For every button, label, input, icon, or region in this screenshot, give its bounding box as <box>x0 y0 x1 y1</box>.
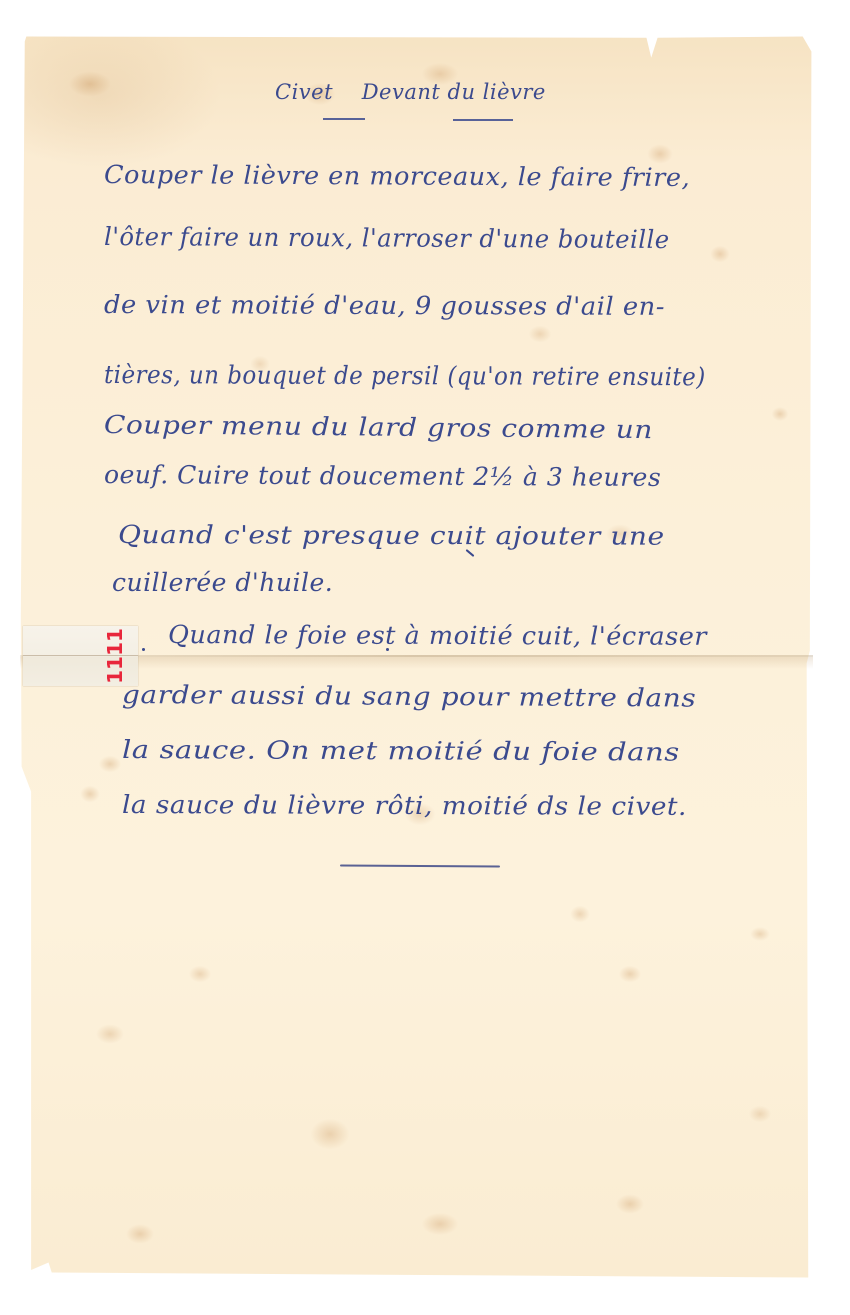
recipe-title: Civet Devant du lièvre <box>275 80 546 104</box>
recipe-line-3: de vin et moitié d'eau, 9 gousses d'ail … <box>104 290 665 321</box>
title-subtitle: Devant du lièvre <box>362 80 546 104</box>
recipe-line-5: Couper menu du lard gros comme un <box>104 410 653 444</box>
title-word-civet: Civet <box>275 80 333 104</box>
archive-tag: 11 11 <box>23 626 138 686</box>
tag-number-bottom: 11 <box>104 655 126 685</box>
ink-dot <box>386 648 389 651</box>
title-underline-right <box>453 119 513 121</box>
recipe-line-9: Quand le foie est à moitié cuit, l'écras… <box>168 620 707 651</box>
title-underline-left <box>323 118 365 120</box>
recipe-line-4: tières, un bouquet de persil (qu'on reti… <box>104 360 706 391</box>
recipe-line-1: Couper le lièvre en morceaux, le faire f… <box>104 160 690 192</box>
fold-shadow <box>20 657 813 669</box>
recipe-line-2: l'ôter faire un roux, l'arroser d'une bo… <box>104 222 670 254</box>
recipe-line-6: oeuf. Cuire tout doucement 2½ à 3 heures <box>104 460 661 492</box>
recipe-line-7: Quand c'est presque cuit ajouter une <box>118 520 665 551</box>
recipe-line-10: garder aussi du sang pour mettre dans <box>122 680 696 713</box>
recipe-line-11: la sauce. On met moitié du foie dans <box>122 735 680 767</box>
ink-dot <box>142 648 145 651</box>
tag-number-top: 11 <box>104 627 126 657</box>
recipe-line-12: la sauce du lièvre rôti, moitié ds le ci… <box>122 790 687 821</box>
recipe-line-8: cuillerée d'huile. <box>112 568 333 597</box>
